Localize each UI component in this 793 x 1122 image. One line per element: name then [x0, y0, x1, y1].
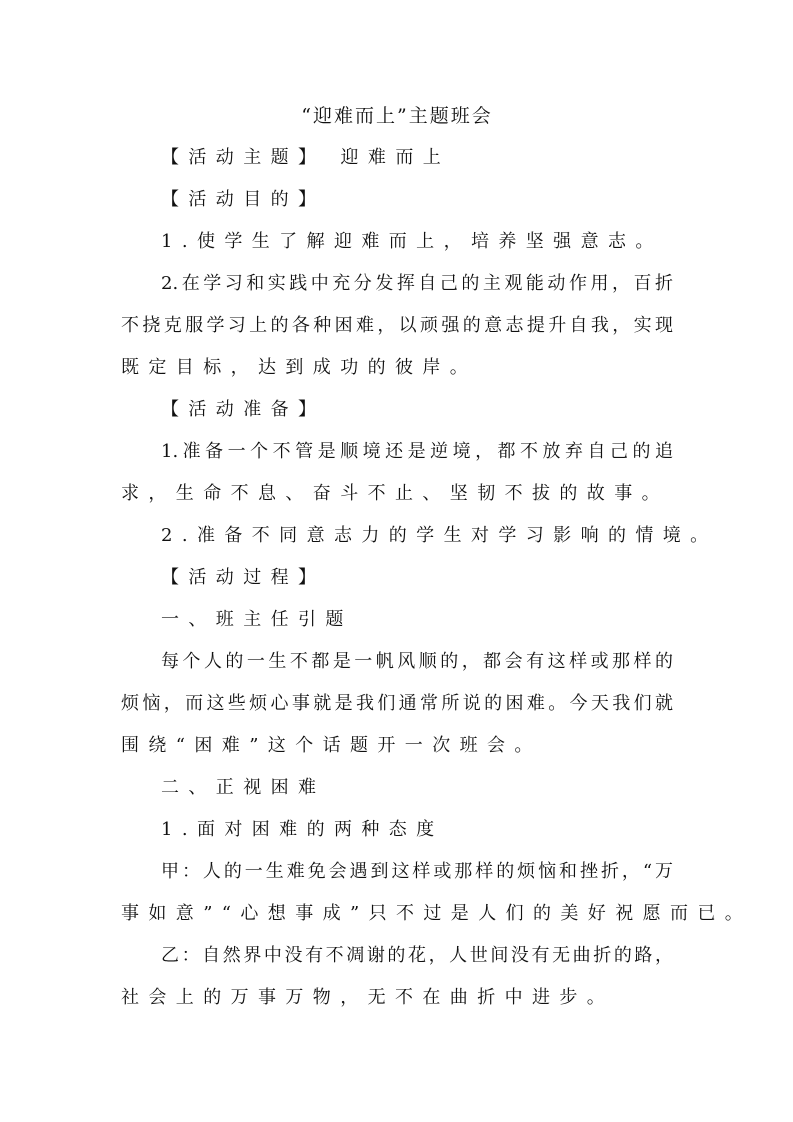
text-line: 【活动目的】 — [121, 186, 673, 214]
text-line: 【活动过程】 — [121, 564, 673, 592]
text-line: 2.准备不同意志力的学生对学习影响的情境。 — [121, 522, 673, 550]
text-line: 既定目标，达到成功的彼岸。 — [121, 354, 673, 382]
text-line: 事如意”“心想事成”只不过是人们的美好祝愿而已。 — [121, 900, 673, 928]
text-line: 求，生命不息、奋斗不止、坚韧不拔的故事。 — [121, 480, 673, 508]
text-line: 每个人的一生不都是一帆风顺的，都会有这样或那样的 — [121, 648, 673, 676]
text-line: 【活动准备】 — [121, 396, 673, 424]
text-line: 一、班主任引题 — [121, 606, 673, 634]
text-line: 二、正视困难 — [121, 774, 673, 802]
text-line: 甲：人的一生难免会遇到这样或那样的烦恼和挫折，“万 — [121, 858, 673, 886]
document-title: “迎难而上”主题班会 — [121, 102, 673, 130]
text-line: 2.在学习和实践中充分发挥自己的主观能动作用，百折 — [121, 270, 673, 298]
text-line: 烦恼，而这些烦心事就是我们通常所说的困难。今天我们就 — [121, 690, 673, 718]
text-line: 围绕“困难”这个话题开一次班会。 — [121, 732, 673, 760]
text-line: 1.准备一个不管是顺境还是逆境，都不放弃自己的追 — [121, 438, 673, 466]
text-line: 乙：自然界中没有不凋谢的花，人世间没有无曲折的路， — [121, 942, 673, 970]
text-line: 【活动主题】 迎难而上 — [121, 144, 673, 172]
text-line: 不挠克服学习上的各种困难，以顽强的意志提升自我，实现 — [121, 312, 673, 340]
text-line: 社会上的万事万物，无不在曲折中进步。 — [121, 984, 673, 1012]
text-line: 1.使学生了解迎难而上，培养坚强意志。 — [121, 228, 673, 256]
text-line: 1.面对困难的两种态度 — [121, 816, 673, 844]
